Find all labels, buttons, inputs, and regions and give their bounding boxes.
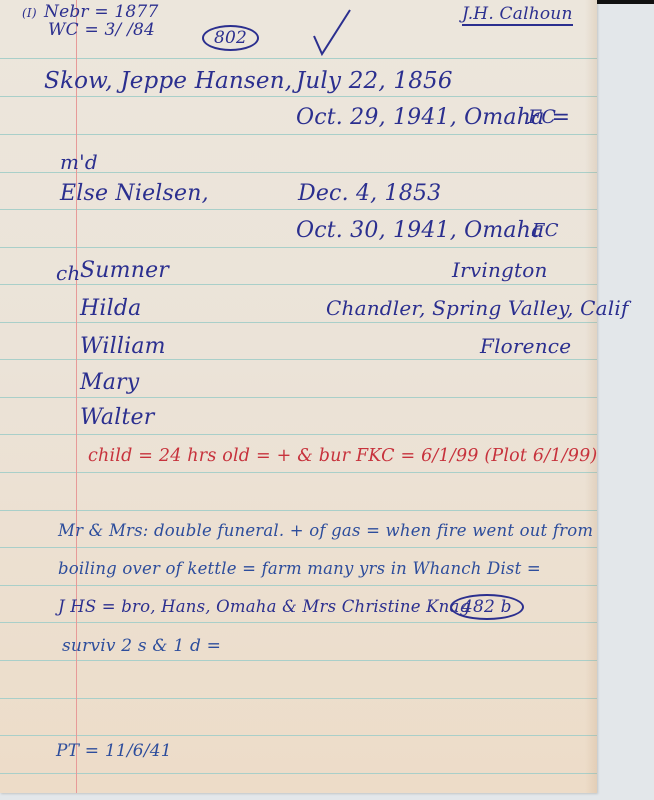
ruled-paper: (I) Nebr = 1877 WC = 3/ /84 802 J.H. Cal…	[0, 0, 597, 793]
rule-line	[0, 322, 597, 323]
note-prefix: (I)	[22, 6, 37, 20]
rule-line	[0, 622, 597, 623]
immigration-note-2: WC = 3/ /84	[48, 20, 155, 40]
notes-line-4: surviv 2 s & 1 d =	[62, 636, 221, 656]
rule-line	[0, 472, 597, 473]
subject-birth: July 22, 1856	[296, 68, 453, 94]
rule-line	[0, 284, 597, 285]
rule-line	[0, 773, 597, 774]
subject-name: Skow, Jeppe Hansen,	[44, 68, 292, 94]
notes-line-3: J HS = bro, Hans, Omaha & Mrs Christine …	[58, 597, 470, 616]
rule-line	[0, 434, 597, 435]
scan-border	[597, 0, 654, 4]
rule-line	[0, 660, 597, 661]
rule-line	[0, 698, 597, 699]
rule-line	[0, 397, 597, 398]
subject-death-mark: FC	[528, 106, 556, 128]
spouse-death: Oct. 30, 1941, Omaha	[296, 218, 544, 243]
spouse-birth: Dec. 4, 1853	[298, 181, 441, 206]
author-signature: J.H. Calhoun	[462, 4, 573, 26]
child-name: William	[80, 334, 166, 359]
child-name: Sumner	[80, 258, 169, 283]
spouse-name: Else Nielsen,	[60, 181, 209, 206]
spouse-death-mark: FC	[532, 220, 559, 241]
record-number: 802	[202, 25, 259, 51]
pt-date: PT = 11/6/41	[56, 741, 172, 761]
immigration-note-1: Nebr = 1877	[44, 2, 158, 22]
rule-line	[0, 247, 597, 248]
notes-circled-number: 482 b	[450, 594, 524, 620]
rule-line	[0, 58, 597, 59]
child-residence: Chandler, Spring Valley, Calif	[326, 296, 629, 320]
rule-line	[0, 359, 597, 360]
rule-line	[0, 96, 597, 97]
children-label: ch	[56, 261, 80, 285]
burial-note: child = 24 hrs old = + & bur FKC = 6/1/9…	[88, 446, 597, 466]
child-name: Mary	[80, 370, 139, 395]
rule-line	[0, 134, 597, 135]
rule-line	[0, 209, 597, 210]
child-residence: Irvington	[452, 258, 548, 282]
rule-line	[0, 547, 597, 548]
notes-line-2: boiling over of kettle = farm many yrs i…	[58, 559, 541, 578]
spouse-label: m'd	[60, 150, 98, 174]
rule-line	[0, 510, 597, 511]
margin-line	[76, 0, 77, 793]
checkmark-icon	[312, 8, 352, 58]
paper-edge	[585, 0, 597, 793]
notes-line-1: Mr & Mrs: double funeral. + of gas = whe…	[58, 521, 593, 540]
child-name: Walter	[80, 405, 154, 430]
child-residence: Florence	[480, 334, 571, 358]
rule-line	[0, 735, 597, 736]
rule-line	[0, 585, 597, 586]
child-name: Hilda	[80, 296, 141, 321]
